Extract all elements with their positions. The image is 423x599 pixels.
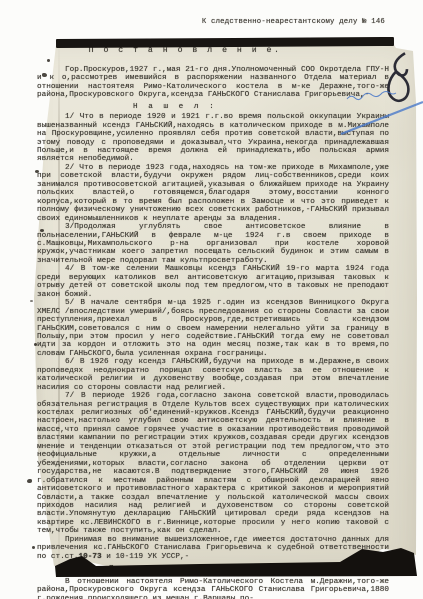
handwritten-page-number bbox=[384, 53, 410, 102]
photographed-document: К следственно-неарестантскому делу № 146… bbox=[0, 0, 423, 599]
handwritten-annotations bbox=[0, 0, 423, 599]
blue-ink-scribble bbox=[347, 92, 396, 100]
blue-ink-line bbox=[341, 102, 423, 134]
